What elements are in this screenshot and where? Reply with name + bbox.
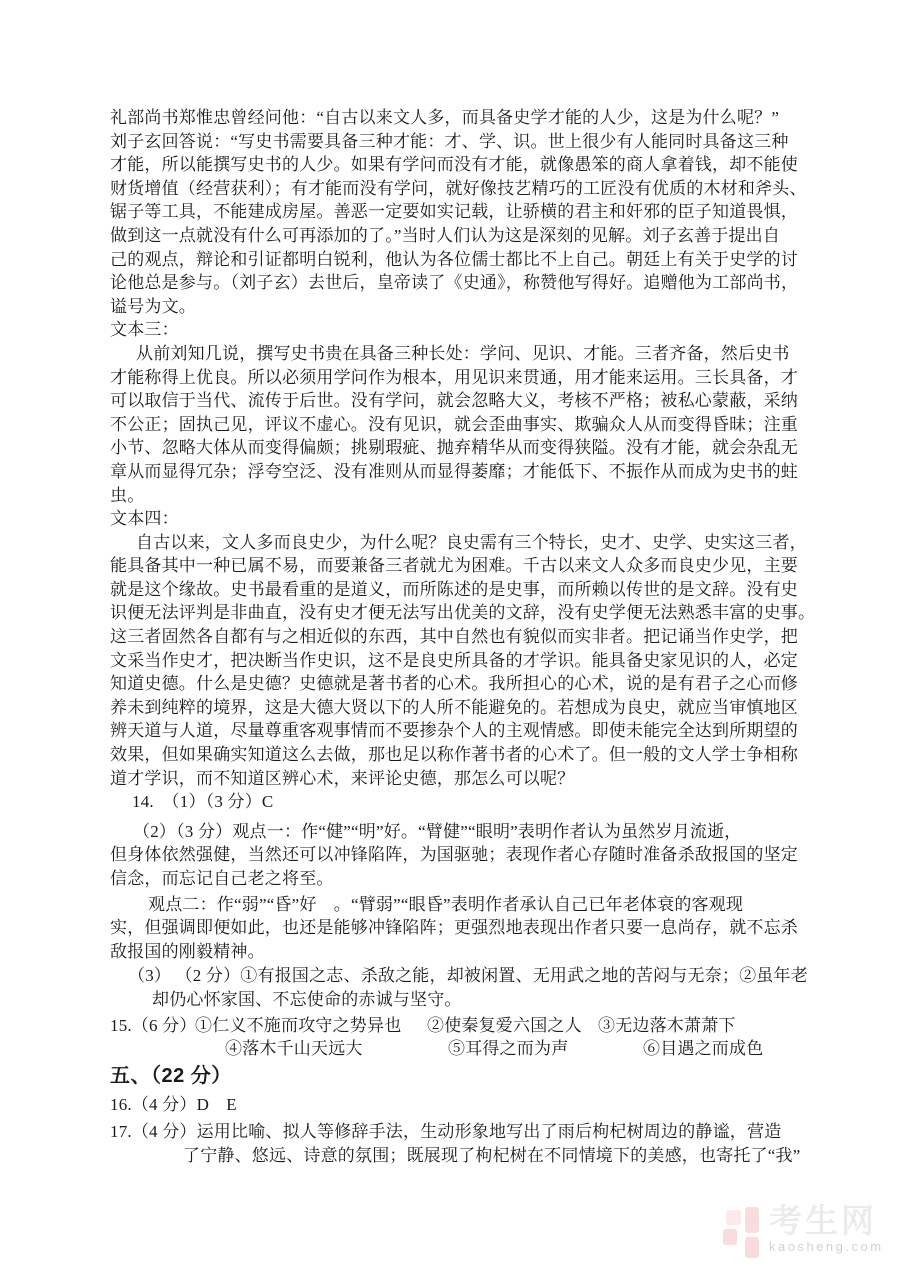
kaosheng-watermark: 考生网 kaosheng.com [723, 1204, 884, 1260]
passage-line: 财货增值（经营获利）；有才能而没有学问，就好像技艺精巧的工匠没有优质的木材和斧头… [110, 177, 800, 201]
answer-14-1: 14. （1）（3 分）C [110, 790, 800, 814]
passage-line: 刘子玄回答说：“写史书需要具备三种才能：才、学、识。世上很少有人能同时具备这三种 [110, 130, 800, 154]
kaosheng-logo-icon [723, 1204, 763, 1260]
brand-domain: kaosheng.com [769, 1239, 884, 1254]
passage-line: 谥号为文。 [110, 295, 800, 319]
answer-16: 16.（4 分）D E [110, 1093, 800, 1117]
passage-line: 做到这一点就没有什么可再添加的了。”当时人们认为这是深刻的见解。刘子玄善于提出自 [110, 224, 800, 248]
answer-segment: ⑤耳得之而为声 [448, 1037, 568, 1061]
answer-segment: ⑥目遇之而成色 [643, 1037, 763, 1061]
passage-line: 章从而显得冗杂；浮夸空泛、没有准则从而显得萎靡；才能低下、不振作从而成为史书的蛀 [110, 460, 800, 484]
watermark-text: 考生网 kaosheng.com [769, 1204, 884, 1254]
answer-line: 信念，而忘记自己老之将至。 [110, 867, 800, 891]
passage-line: 道才学识，而不知道区辨心术，来评论史德，那怎么可以呢？ [110, 767, 800, 791]
passage-line: 这三者固然各自都有与之相近似的东西，其中自然也有貌似而实非者。把记诵当作史学，把 [110, 625, 800, 649]
answer-sheet-text: 礼部尚书郑惟忠曾经问他：“自古以来文人多，而具备史学才能的人少，这是为什么呢？”… [110, 106, 800, 1168]
section-label-wenben-4: 文本四： [110, 507, 800, 531]
section-5-heading: 五、（22 分） [110, 1063, 800, 1090]
passage-line: 自古以来，文人多而良史少，为什么呢？良史需有三个特长，史才、史学、史实这三者， [110, 531, 800, 555]
passage-line: 虫。 [110, 484, 800, 508]
brand-name: 考生网 [769, 1204, 884, 1238]
passage-line: 就是这个缘故。史书最看重的是道义，而所陈述的是史事，而所赖以传世的是文辞。没有史 [110, 578, 800, 602]
passage-line: 才能，所以能撰写史书的人少。如果有学问而没有才能，就像愚笨的商人拿着钱，却不能使 [110, 153, 800, 177]
answer-segment: ①仁义不施而攻守之势异也 [195, 1014, 401, 1038]
passage-line: 锯子等工具，不能建成房屋。善恶一定要如实记载，让骄横的君主和奸邪的臣子知道畏惧， [110, 200, 800, 224]
passage-line: 从前刘知几说，撰写史书贵在具备三种长处：学问、见识、才能。三者齐备，然后史书 [110, 342, 800, 366]
answer-17-line-2: 了宁静、悠远、诗意的氛围；既展现了枸杞树在不同情境下的美感，也寄托了“我” [110, 1144, 800, 1168]
answer-17-line-1: 17.（4 分）运用比喻、拟人等修辞手法，生动形象地写出了雨后枸杞树周边的静谧，… [110, 1120, 800, 1144]
section-label-wenben-3: 文本三： [110, 318, 800, 342]
passage-line: 养未到纯粹的境界，这是大德大贤以下的人所不能避免的。若想成为良史，就应当审慎地区 [110, 696, 800, 720]
passage-line: 不公正；固执己见，评议不虚心。没有见识，就会歪曲事实、欺骗众人从而变得昏昧；注重 [110, 413, 800, 437]
logo-block-icon [723, 1229, 737, 1245]
passage-line: 礼部尚书郑惟忠曾经问他：“自古以来文人多，而具备史学才能的人少，这是为什么呢？” [110, 106, 800, 130]
passage-line: 辨天道与人道，尽量尊重客观事情而不要掺杂个人的主观情感。即使未能完全达到所期望的 [110, 719, 800, 743]
passage-line: 能具备其中一种已属不易，而要兼备三者就尤为困难。千古以来文人众多而良史少见，主要 [110, 554, 800, 578]
logo-block-icon [745, 1237, 759, 1258]
passage-line: 效果，但如果确实知道这么去做，那也足以称作著书者的心术了。但一般的文人学士争相称 [110, 743, 800, 767]
answer-line: 实，但强调即便如此，也还是能够冲锋陷阵；更强烈地表现出作者只要一息尚存，就不忘杀 [110, 916, 800, 940]
answer-line: 但身体依然强健，当然还可以冲锋陷阵，为国驱驰；表现作者心存随时准备杀敌报国的坚定 [110, 843, 800, 867]
document-page: 礼部尚书郑惟忠曾经问他：“自古以来文人多，而具备史学才能的人少，这是为什么呢？”… [0, 0, 900, 1273]
passage-line: 识便无法评判是非曲直，没有史才便无法写出优美的文辞，没有史学便无法熟悉丰富的史事… [110, 601, 800, 625]
answer-line: 敌报国的刚毅精神。 [110, 940, 800, 964]
passage-line: 小节、忽略大体从而变得偏颇；挑剔瑕疵、抛弃精华从而变得狭隘。没有才能，就会杂乱无 [110, 436, 800, 460]
passage-line: 可以取信于当代、流传于后世。没有学问，就会忽略大义，考核不严格；被私心蒙蔽，采纳 [110, 389, 800, 413]
passage-line: 己的观点，辩论和引证都明白锐利，他认为各位儒士都比不上自己。朝廷上有关于史学的讨 [110, 248, 800, 272]
answer-segment: ②使秦复爱六国之人 [427, 1014, 582, 1038]
logo-block-icon [745, 1207, 759, 1233]
answer-15-row-2: ④落木千山天远大⑤耳得之而为声⑥目遇之而成色 [110, 1037, 800, 1061]
passage-line: 知道史德。什么是史德？史德就是著书者的心术。我所担心的心术，说的是有君子之心而修 [110, 672, 800, 696]
passage-line: 论他总是参与。（刘子玄）去世后，皇帝读了《史通》，称赞他写得好。追赠他为工部尚书… [110, 271, 800, 295]
logo-block-icon [726, 1210, 741, 1225]
answer-line: 却仍心怀家国、不忘使命的赤诚与坚守。 [110, 988, 800, 1012]
passage-line: 才能称得上优良。所以必须用学问作为根本，用见识来贯通，用才能来运用。三长具备，才 [110, 366, 800, 390]
answer-15-row-1: 15.（6 分）①仁义不施而攻守之势异也②使秦复爱六国之人③无边落木萧萧下 [110, 1014, 800, 1038]
answer-segment: ③无边落木萧萧下 [598, 1014, 736, 1038]
answer-14-3: （3） （2 分）①有报国之志、杀敌之能，却被闲置、无用武之地的苦闷与无奈；②虽… [110, 964, 800, 988]
passage-line: 文采当作史才，把决断当作史识，这不是良史所具备的才学识。能具备史家见识的人，必定 [110, 649, 800, 673]
answer-14-2-view1: （2）（3 分）观点一：作“健”“明”好。“臂健”“眼明”表明作者认为虽然岁月流… [110, 820, 800, 844]
answer-segment: ④落木千山天远大 [225, 1037, 363, 1061]
answer-segment: 15.（6 分） [110, 1014, 197, 1038]
answer-14-2-view2: 观点二：作“弱”“昏”好 。“臂弱”“眼昏”表明作者承认自己已年老体衰的客观现 [110, 893, 800, 917]
